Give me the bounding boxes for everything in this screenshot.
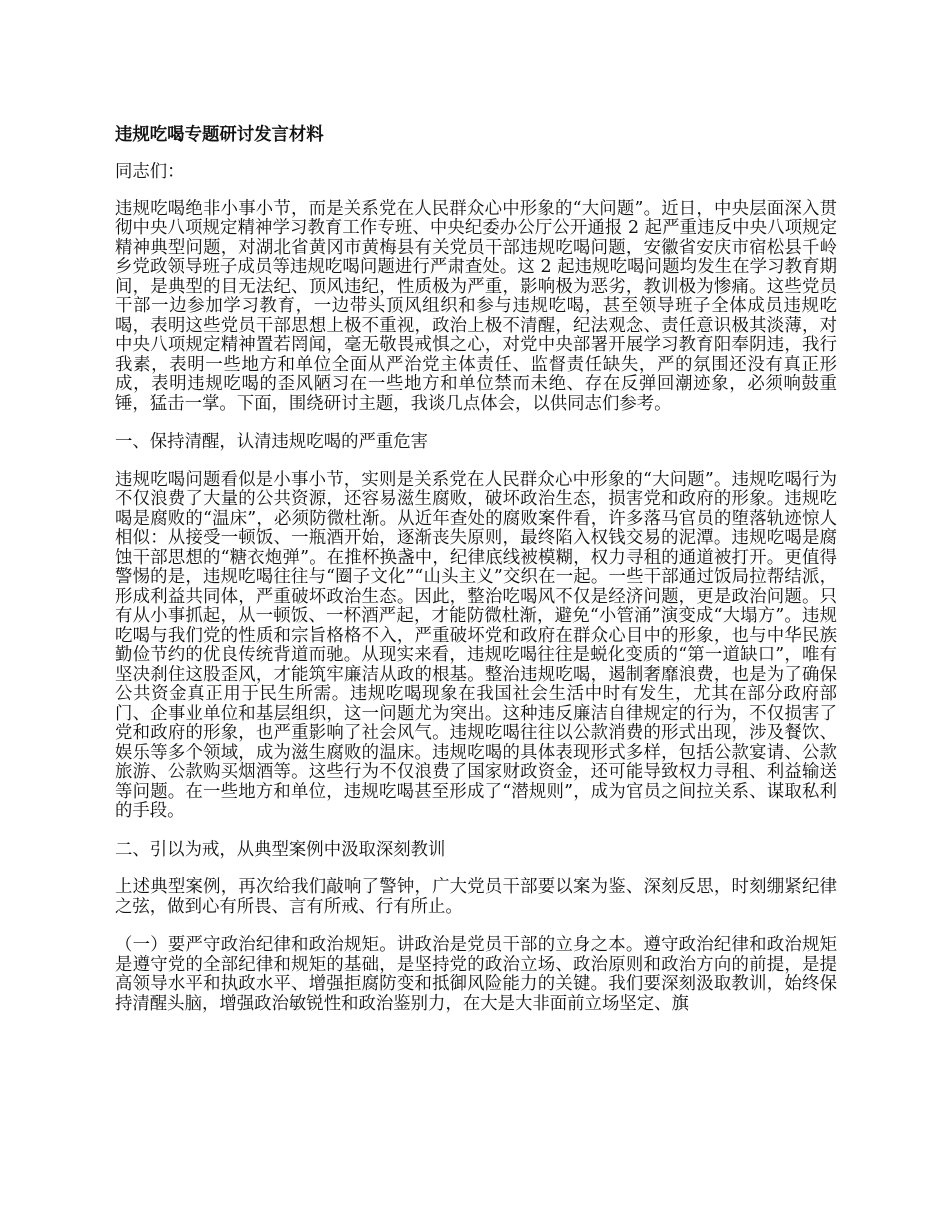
section-2-paragraph-1: 上述典型案例，再次给我们敲响了警钟，广大党员干部要以案为鉴、深刻反思，时刻绷紧纪… xyxy=(115,878,837,917)
intro-paragraph: 违规吃喝绝非小事小节，而是关系党在人民群众心中形象的“大问题”。近日，中央层面深… xyxy=(115,200,837,415)
section-2-paragraph-2: （一）要严守政治纪律和政治规矩。讲政治是党员干部的立身之本。遵守政治纪律和政治规… xyxy=(115,936,837,1014)
section-1-heading: 一、保持清醒，认清违规吃喝的严重危害 xyxy=(115,433,837,453)
document-title: 违规吃喝专题研讨发言材料 xyxy=(115,124,837,146)
section-1-paragraph: 违规吃喝问题看似是小事小节，实则是关系党在人民群众心中形象的“大问题”。违规吃喝… xyxy=(115,471,837,822)
section-2-heading: 二、引以为戒，从典型案例中汲取深刻教训 xyxy=(115,841,837,861)
salutation: 同志们： xyxy=(115,163,837,183)
document-page: 违规吃喝专题研讨发言材料 同志们： 违规吃喝绝非小事小节，而是关系党在人民群众心… xyxy=(115,124,837,1033)
